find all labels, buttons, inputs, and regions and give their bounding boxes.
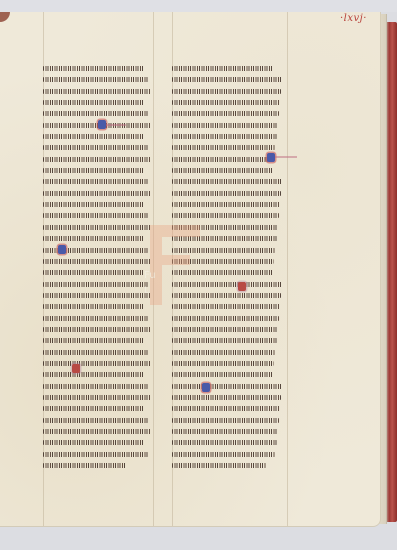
text-line (172, 179, 282, 188)
text-line (43, 225, 153, 234)
text-line (172, 418, 282, 427)
text-line (172, 406, 282, 415)
text-line (43, 100, 153, 109)
text-line (172, 304, 282, 313)
text-line (43, 406, 153, 415)
text-line (43, 157, 153, 166)
text-line (43, 191, 153, 200)
initial-flourish (106, 124, 126, 126)
text-line (43, 66, 153, 75)
text-line (43, 259, 153, 268)
text-line (172, 111, 282, 120)
text-line (172, 316, 282, 325)
text-line (43, 361, 153, 370)
text-line (43, 213, 153, 222)
text-line (172, 157, 282, 166)
text-line (43, 418, 153, 427)
text-line (43, 293, 153, 302)
text-line (172, 350, 282, 359)
text-line (43, 282, 153, 291)
text-line (172, 123, 282, 132)
text-line (172, 372, 282, 381)
text-line (43, 304, 153, 313)
background-top (0, 0, 397, 12)
text-line (43, 350, 153, 359)
text-line (43, 463, 153, 472)
decorated-initial-icon (238, 282, 246, 291)
text-line (43, 440, 153, 449)
text-line (43, 145, 153, 154)
text-line (172, 66, 282, 75)
decorated-initial-icon (72, 364, 80, 373)
text-line (43, 338, 153, 347)
text-line (43, 316, 153, 325)
text-line (172, 191, 282, 200)
text-line (43, 202, 153, 211)
text-line (172, 338, 282, 347)
decorated-initial-icon (98, 120, 106, 129)
text-line (172, 202, 282, 211)
text-line (172, 327, 282, 336)
text-line (43, 372, 153, 381)
text-line (43, 429, 153, 438)
text-line (172, 361, 282, 370)
text-line (43, 168, 153, 177)
folio-number: ·lxvj· (340, 13, 367, 24)
text-line (43, 134, 153, 143)
text-line (172, 100, 282, 109)
decorated-initial-icon (267, 153, 275, 162)
initial-flourish (275, 156, 297, 158)
text-line (43, 327, 153, 336)
text-line (43, 384, 153, 393)
text-line (43, 89, 153, 98)
text-line (172, 452, 282, 461)
text-line (172, 89, 282, 98)
text-line (172, 145, 282, 154)
text-line (172, 440, 282, 449)
text-line (172, 134, 282, 143)
decorated-initial-icon (202, 383, 210, 392)
text-line (43, 77, 153, 86)
text-line (172, 168, 282, 177)
text-line (43, 179, 153, 188)
decorated-initial-icon (58, 245, 66, 254)
text-line (172, 213, 282, 222)
text-line (172, 77, 282, 86)
text-line (172, 463, 282, 472)
text-line (43, 452, 153, 461)
ruling-line (287, 12, 288, 526)
watermark-logo: Fu L (150, 225, 220, 305)
text-line (172, 384, 282, 393)
text-line (43, 270, 153, 279)
text-line (172, 429, 282, 438)
text-line (172, 395, 282, 404)
text-line (43, 395, 153, 404)
